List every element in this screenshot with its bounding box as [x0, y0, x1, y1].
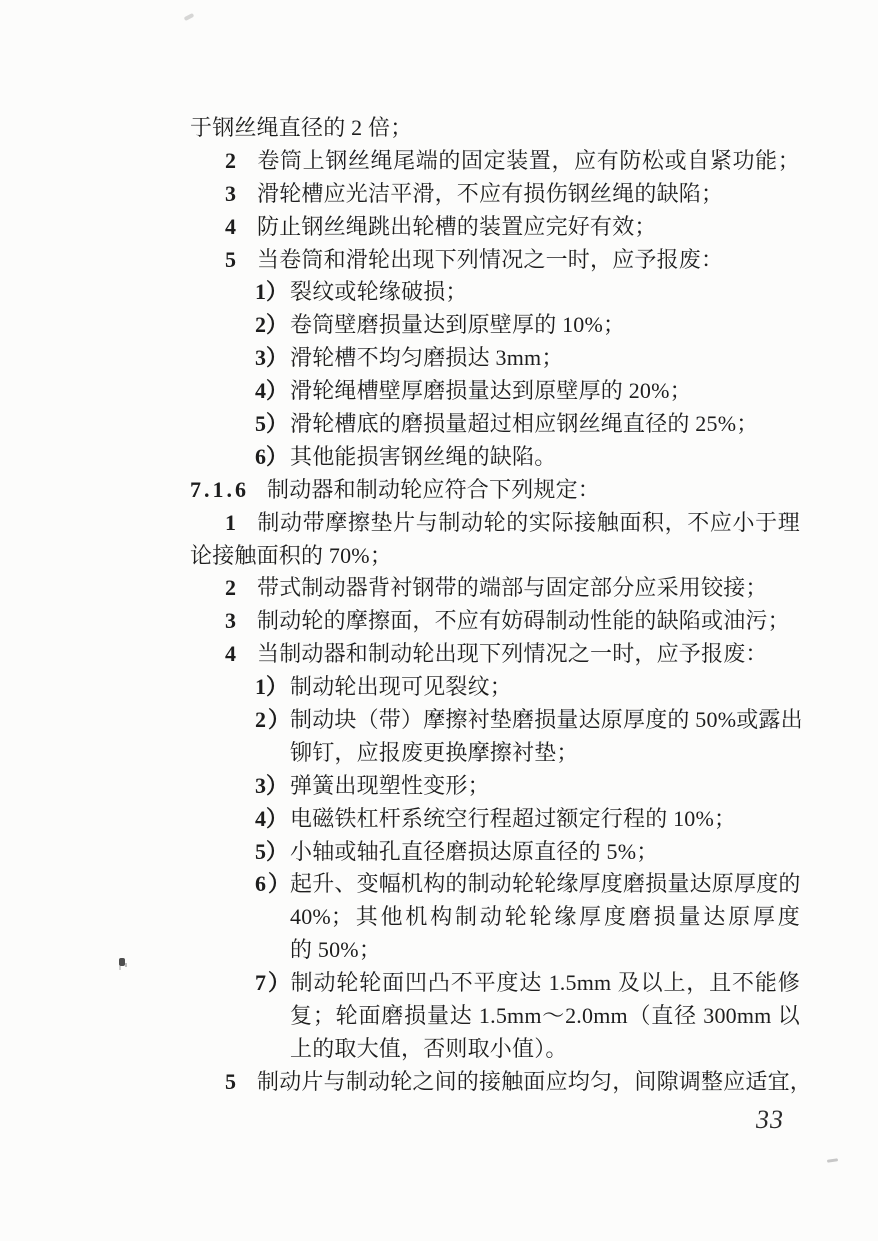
line-text: 制动轮的摩擦面，不应有妨碍制动性能的缺陷或油污；: [257, 608, 790, 633]
subitem-number: 4）: [255, 375, 290, 408]
line-text: 当卷筒和滑轮出现下列情况之一时，应予报废：: [257, 247, 723, 272]
line-text: 制动轮轮面凹凸不平度达 1.5mm 及以上，且不能修: [290, 970, 800, 995]
line-text: 上的取大值，否则取小值）。: [290, 1036, 568, 1061]
page-number: 33: [756, 1104, 800, 1136]
line-text: 制动片与制动轮之间的接触面应均匀，间隙调整应适宜，: [257, 1069, 812, 1094]
scanned-page: 于钢丝绳直径的 2 倍；2卷筒上钢丝绳尾端的固定装置，应有防松或自紧功能；3滑轮…: [0, 0, 878, 1241]
subitem-number: 1）: [255, 671, 290, 704]
text-line: 1制动带摩擦垫片与制动轮的实际接触面积，不应小于理: [190, 507, 800, 540]
line-text: 40%；其他机构制动轮轮缘厚度磨损量达原厚度: [290, 904, 800, 929]
item-number: 5: [225, 1066, 257, 1099]
text-line: 铆钉，应报废更换摩擦衬垫；: [190, 737, 800, 770]
subitem-number: 5）: [255, 836, 290, 869]
line-text: 的 50%；: [290, 937, 381, 962]
text-line: 于钢丝绳直径的 2 倍；: [190, 112, 800, 145]
line-text: 制动器和制动轮应符合下列规定：: [267, 477, 600, 502]
subitem-number: 1）: [255, 276, 290, 309]
item-number: 1: [225, 507, 257, 540]
line-text: 制动轮出现可见裂纹；: [290, 674, 512, 699]
clause-text-block: 于钢丝绳直径的 2 倍；2卷筒上钢丝绳尾端的固定装置，应有防松或自紧功能；3滑轮…: [190, 112, 800, 1099]
line-text: 制动带摩擦垫片与制动轮的实际接触面积，不应小于理: [257, 510, 800, 535]
text-line: 上的取大值，否则取小值）。: [190, 1033, 800, 1066]
text-line: 3）弹簧出现塑性变形；: [190, 770, 800, 803]
line-text: 防止钢丝绳跳出轮槽的装置应完好有效；: [257, 214, 657, 239]
text-line: 3制动轮的摩擦面，不应有妨碍制动性能的缺陷或油污；: [190, 605, 800, 638]
line-text: 卷筒壁磨损量达到原壁厚的 10%；: [290, 312, 625, 337]
text-line: 2）卷筒壁磨损量达到原壁厚的 10%；: [190, 309, 800, 342]
line-text: 小轴或轴孔直径磨损达原直径的 5%；: [290, 839, 658, 864]
item-number: 5: [225, 244, 257, 277]
line-text: 滑轮绳槽壁厚磨损量达到原壁厚的 20%；: [290, 378, 692, 403]
text-line: 6）起升、变幅机构的制动轮轮缘厚度磨损量达原厚度的: [190, 868, 800, 901]
subitem-number: 3）: [255, 770, 290, 803]
text-line: 5）滑轮槽底的磨损量超过相应钢丝绳直径的 25%；: [190, 408, 800, 441]
subitem-number: 2）: [255, 704, 290, 737]
text-line: 3滑轮槽应光洁平滑，不应有损伤钢丝绳的缺陷；: [190, 178, 800, 211]
text-line: 4当制动器和制动轮出现下列情况之一时，应予报废：: [190, 638, 800, 671]
subitem-number: 6）: [255, 441, 290, 474]
line-text: 电磁铁杠杆系统空行程超过额定行程的 10%；: [290, 806, 736, 831]
text-line: 4）滑轮绳槽壁厚磨损量达到原壁厚的 20%；: [190, 375, 800, 408]
item-number: 3: [225, 605, 257, 638]
line-text: 弹簧出现塑性变形；: [290, 773, 490, 798]
line-text: 滑轮槽底的磨损量超过相应钢丝绳直径的 25%；: [290, 411, 758, 436]
clause-number: 7.1.6: [190, 474, 267, 507]
text-line: 4防止钢丝绳跳出轮槽的装置应完好有效；: [190, 211, 800, 244]
scan-speck: [184, 13, 195, 21]
text-line: 40%；其他机构制动轮轮缘厚度磨损量达原厚度: [190, 901, 800, 934]
item-number: 2: [225, 145, 257, 178]
item-number: 3: [225, 178, 257, 211]
text-line: 7）制动轮轮面凹凸不平度达 1.5mm 及以上，且不能修: [190, 967, 800, 1000]
subitem-number: 2）: [255, 309, 290, 342]
item-number: 2: [225, 572, 257, 605]
text-line: 2卷筒上钢丝绳尾端的固定装置，应有防松或自紧功能；: [190, 145, 800, 178]
line-text: 当制动器和制动轮出现下列情况之一时，应予报废：: [257, 641, 768, 666]
text-line: 3）滑轮槽不均匀磨损达 3mm；: [190, 342, 800, 375]
text-line: 论接触面积的 70%；: [190, 540, 800, 573]
text-line: 复；轮面磨损量达 1.5mm～2.0mm（直径 300mm 以: [190, 1000, 800, 1033]
scan-speck: [119, 958, 125, 966]
line-text: 于钢丝绳直径的 2 倍；: [190, 115, 412, 140]
line-text: 滑轮槽应光洁平滑，不应有损伤钢丝绳的缺陷；: [257, 181, 723, 206]
text-line: 7.1.6制动器和制动轮应符合下列规定：: [190, 474, 800, 507]
text-line: 2）制动块（带）摩擦衬垫磨损量达原厚度的 50%或露出: [190, 704, 800, 737]
line-text: 制动块（带）摩擦衬垫磨损量达原厚度的 50%或露出: [290, 707, 803, 732]
line-text: 滑轮槽不均匀磨损达 3mm；: [290, 345, 564, 370]
text-line: 2带式制动器背衬钢带的端部与固定部分应采用铰接；: [190, 572, 800, 605]
text-line: 1）制动轮出现可见裂纹；: [190, 671, 800, 704]
line-text: 铆钉，应报废更换摩擦衬垫；: [290, 740, 579, 765]
subitem-number: 5）: [255, 408, 290, 441]
subitem-number: 6）: [255, 868, 290, 901]
line-text: 其他能损害钢丝绳的缺陷。: [290, 444, 556, 469]
subitem-number: 7）: [255, 967, 290, 1000]
line-text: 卷筒上钢丝绳尾端的固定装置，应有防松或自紧功能；: [257, 148, 800, 173]
item-number: 4: [225, 638, 257, 671]
item-number: 4: [225, 211, 257, 244]
text-line: 6）其他能损害钢丝绳的缺陷。: [190, 441, 800, 474]
subitem-number: 3）: [255, 342, 290, 375]
scan-speck: [827, 1158, 838, 1163]
subitem-number: 4）: [255, 803, 290, 836]
line-text: 裂纹或轮缘破损；: [290, 279, 468, 304]
line-text: 起升、变幅机构的制动轮轮缘厚度磨损量达原厚度的: [290, 871, 801, 896]
line-text: 论接触面积的 70%；: [190, 543, 392, 568]
text-line: 5当卷筒和滑轮出现下列情况之一时，应予报废：: [190, 244, 800, 277]
line-text: 复；轮面磨损量达 1.5mm～2.0mm（直径 300mm 以: [290, 1003, 800, 1028]
text-line: 5）小轴或轴孔直径磨损达原直径的 5%；: [190, 836, 800, 869]
text-line: 的 50%；: [190, 934, 800, 967]
text-line: 1）裂纹或轮缘破损；: [190, 276, 800, 309]
text-line: 4）电磁铁杠杆系统空行程超过额定行程的 10%；: [190, 803, 800, 836]
line-text: 带式制动器背衬钢带的端部与固定部分应采用铰接；: [257, 575, 768, 600]
text-line: 5制动片与制动轮之间的接触面应均匀，间隙调整应适宜，: [190, 1066, 800, 1099]
